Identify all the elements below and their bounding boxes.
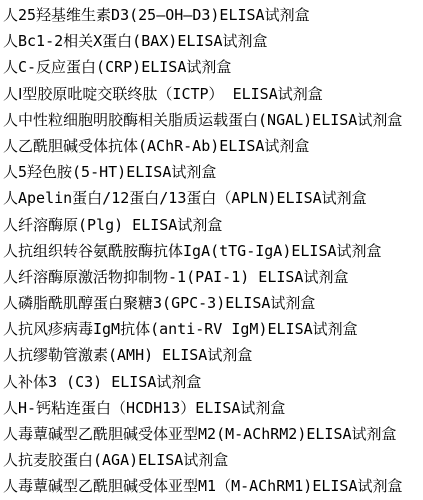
product-line: 人纤溶酶原(Plg) ELISA试剂盒: [3, 212, 423, 238]
product-line: 人抗组织转谷氨酰胺酶抗体IgA(tTG-IgA)ELISA试剂盒: [3, 238, 423, 264]
product-line: 人磷脂酰肌醇蛋白聚糖3(GPC-3)ELISA试剂盒: [3, 290, 423, 316]
product-line: 人抗缪勒管激素(AMH) ELISA试剂盒: [3, 342, 423, 368]
product-line: 人抗风疹病毒IgM抗体(anti-RV IgM)ELISA试剂盒: [3, 316, 423, 342]
product-list: 人25羟基维生素D3(25—OH—D3)ELISA试剂盒人Bc1-2相关X蛋白(…: [0, 0, 423, 500]
product-line: 人H-钙粘连蛋白（HCDH13）ELISA试剂盒: [3, 395, 423, 421]
product-line: 人Bc1-2相关X蛋白(BAX)ELISA试剂盒: [3, 28, 423, 54]
product-line: 人Ⅰ型胶原吡啶交联终肽（ICTP） ELISA试剂盒: [3, 81, 423, 107]
product-line: 人C-反应蛋白(CRP)ELISA试剂盒: [3, 54, 423, 80]
product-line: 人补体3 (C3) ELISA试剂盒: [3, 369, 423, 395]
product-line: 人抗麦胶蛋白(AGA)ELISA试剂盒: [3, 447, 423, 473]
product-line: 人中性粒细胞明胶酶相关脂质运载蛋白(NGAL)ELISA试剂盒: [3, 107, 423, 133]
product-line: 人纤溶酶原激活物抑制物-1(PAI-1) ELISA试剂盒: [3, 264, 423, 290]
product-line: 人乙酰胆碱受体抗体(AChR-Ab)ELISA试剂盒: [3, 133, 423, 159]
product-line: 人5羟色胺(5-HT)ELISA试剂盒: [3, 159, 423, 185]
product-line: 人毒蕈碱型乙酰胆碱受体亚型M2(M-AChRM2)ELISA试剂盒: [3, 421, 423, 447]
product-line: 人25羟基维生素D3(25—OH—D3)ELISA试剂盒: [3, 2, 423, 28]
product-line: 人Apelin蛋白/12蛋白/13蛋白（APLN)ELISA试剂盒: [3, 185, 423, 211]
product-line: 人毒蕈碱型乙酰胆碱受体亚型M1（M-AChRM1)ELISA试剂盒: [3, 473, 423, 499]
